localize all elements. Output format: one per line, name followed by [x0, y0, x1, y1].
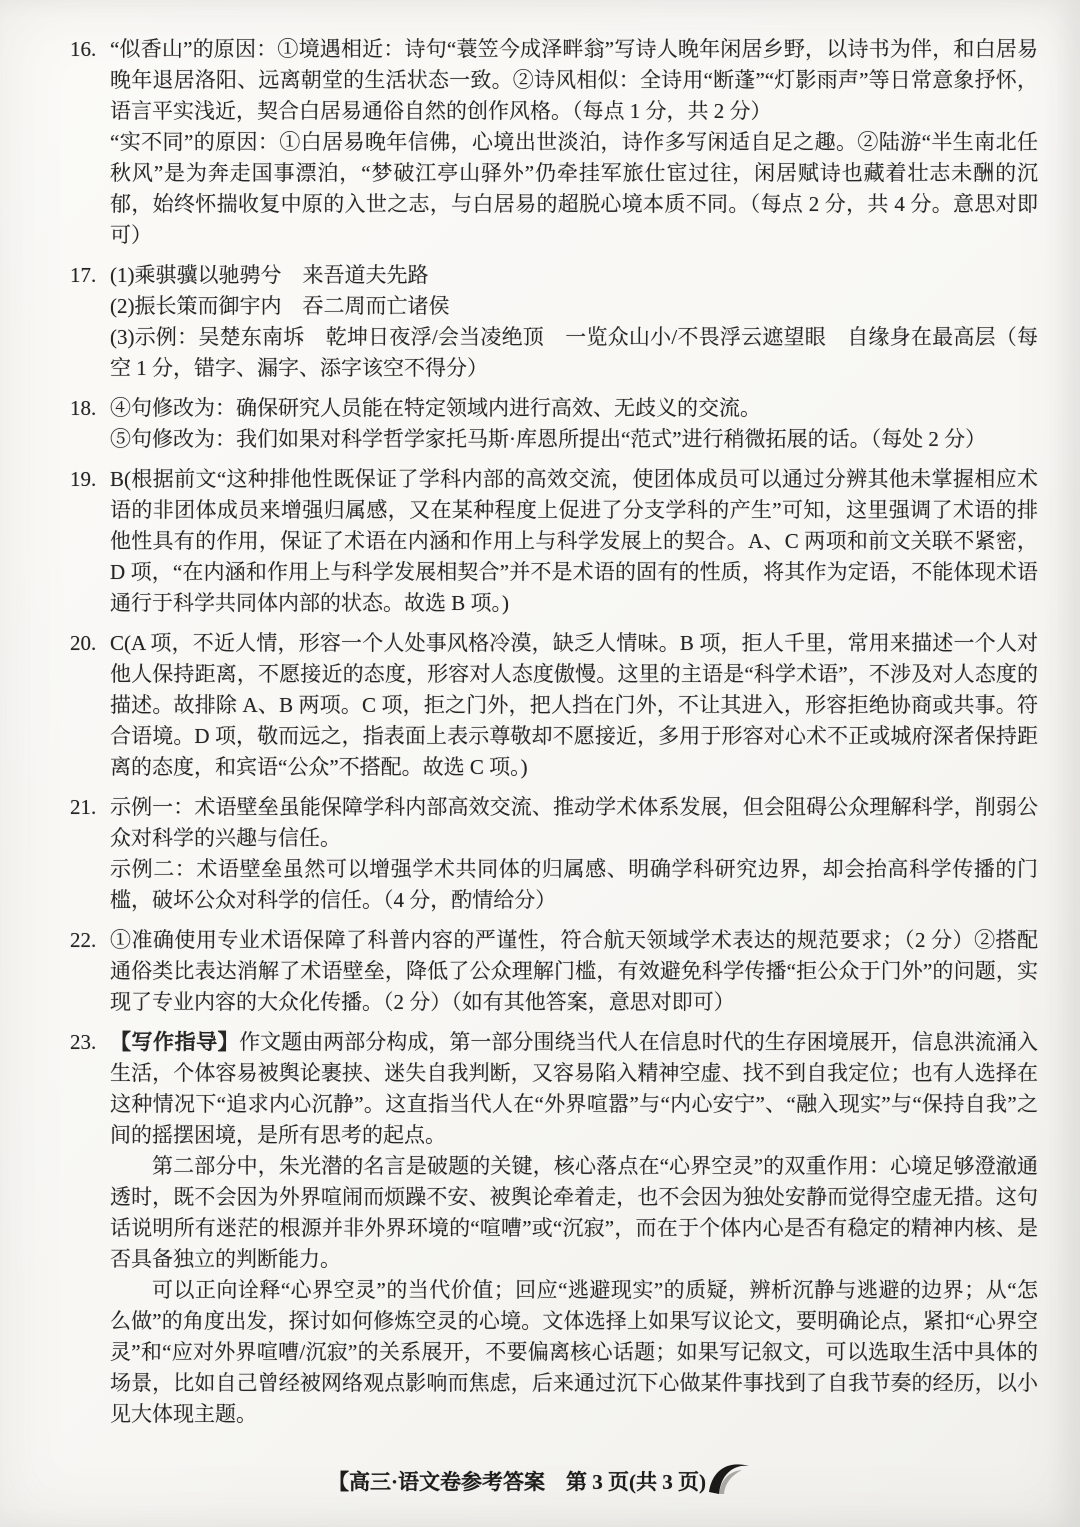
answer-paragraph: “似香山”的原因：①境遇相近：诗句“蓑笠今成泽畔翁”写诗人晚年闲居乡野，以诗书为…	[110, 34, 1038, 127]
answer-paragraph: 示例一：术语壁垒虽能保障学科内部高效交流、推动学术体系发展，但会阻碍公众理解科学…	[110, 792, 1038, 854]
answer-paragraph: 【写作指导】作文题由两部分构成，第一部分围绕当代人在信息时代的生存困境展开，信息…	[110, 1027, 1038, 1151]
answers-content: 16. “似香山”的原因：①境遇相近：诗句“蓑笠今成泽畔翁”写诗人晚年闲居乡野，…	[0, 0, 1080, 1430]
answer-paragraph: B(根据前文“这种排他性既保证了学科内部的高效交流，使团体成员可以通过分辨其他未…	[110, 464, 1038, 619]
answer-paragraph: C(A 项，不近人情，形容一个人处事风格冷漠，缺乏人情味。B 项，拒人千里，常用…	[110, 628, 1038, 783]
answer-item-19: 19. B(根据前文“这种排他性既保证了学科内部的高效交流，使团体成员可以通过分…	[70, 464, 1038, 619]
answer-item-23: 23. 【写作指导】作文题由两部分构成，第一部分围绕当代人在信息时代的生存困境展…	[70, 1027, 1038, 1430]
item-number: 23.	[70, 1027, 110, 1058]
footer-text: 【高三·语文卷参考答案 第 3 页(共 3 页)	[328, 1470, 706, 1494]
page-footer: 【高三·语文卷参考答案 第 3 页(共 3 页)	[0, 1459, 1080, 1501]
item-body: ①准确使用专业术语保障了科普内容的严谨性，符合航天领域学术表达的规范要求；（2 …	[110, 925, 1038, 1018]
answer-paragraph: (3)示例：吴楚东南坼 乾坤日夜浮/会当凌绝顶 一览众山小/不畏浮云遮望眼 自缘…	[110, 322, 1038, 384]
item-number: 18.	[70, 393, 110, 424]
item-body: B(根据前文“这种排他性既保证了学科内部的高效交流，使团体成员可以通过分辨其他未…	[110, 464, 1038, 619]
item-number: 20.	[70, 628, 110, 659]
item-number: 16.	[70, 34, 110, 65]
answer-paragraph: “实不同”的原因：①白居易晚年信佛，心境出世淡泊，诗作多写闲适自足之趣。②陆游“…	[110, 127, 1038, 251]
item-body: ④句修改为：确保研究人员能在特定领域内进行高效、无歧义的交流。 ⑤句修改为：我们…	[110, 393, 1038, 455]
answer-key-page: 16. “似香山”的原因：①境遇相近：诗句“蓑笠今成泽畔翁”写诗人晚年闲居乡野，…	[0, 0, 1080, 1527]
item-body: “似香山”的原因：①境遇相近：诗句“蓑笠今成泽畔翁”写诗人晚年闲居乡野，以诗书为…	[110, 34, 1038, 251]
answer-paragraph: 第二部分中，朱光潜的名言是破题的关键，核心落点在“心界空灵”的双重作用：心境足够…	[110, 1151, 1038, 1275]
item-number: 19.	[70, 464, 110, 495]
answer-paragraph: (1)乘骐骥以驰骋兮 来吾道夫先路	[110, 260, 1038, 291]
answer-paragraph: ⑤句修改为：我们如果对科学哲学家托马斯·库恩所提出“范式”进行稍微拓展的话。（每…	[110, 424, 1038, 455]
item-body: 【写作指导】作文题由两部分构成，第一部分围绕当代人在信息时代的生存困境展开，信息…	[110, 1027, 1038, 1430]
item-body: 示例一：术语壁垒虽能保障学科内部高效交流、推动学术体系发展，但会阻碍公众理解科学…	[110, 792, 1038, 916]
item-body: (1)乘骐骥以驰骋兮 来吾道夫先路 (2)振长策而御宇内 吞二周而亡诸侯 (3)…	[110, 260, 1038, 384]
answer-item-17: 17. (1)乘骐骥以驰骋兮 来吾道夫先路 (2)振长策而御宇内 吞二周而亡诸侯…	[70, 260, 1038, 384]
item-number: 22.	[70, 925, 110, 956]
answer-item-18: 18. ④句修改为：确保研究人员能在特定领域内进行高效、无歧义的交流。 ⑤句修改…	[70, 393, 1038, 455]
item-number: 21.	[70, 792, 110, 823]
item-number: 17.	[70, 260, 110, 291]
answer-item-16: 16. “似香山”的原因：①境遇相近：诗句“蓑笠今成泽畔翁”写诗人晚年闲居乡野，…	[70, 34, 1038, 251]
answer-item-22: 22. ①准确使用专业术语保障了科普内容的严谨性，符合航天领域学术表达的规范要求…	[70, 925, 1038, 1018]
answer-paragraph: ①准确使用专业术语保障了科普内容的严谨性，符合航天领域学术表达的规范要求；（2 …	[110, 925, 1038, 1018]
answer-paragraph: 示例二：术语壁垒虽然可以增强学术共同体的归属感、明确学科研究边界，却会抬高科学传…	[110, 854, 1038, 916]
answer-paragraph: 可以正向诠释“心界空灵”的当代价值；回应“逃避现实”的质疑，辨析沉静与逃避的边界…	[110, 1275, 1038, 1430]
answer-item-20: 20. C(A 项，不近人情，形容一个人处事风格冷漠，缺乏人情味。B 项，拒人千…	[70, 628, 1038, 783]
writing-guide-label: 【写作指导】	[110, 1031, 239, 1054]
answer-item-21: 21. 示例一：术语壁垒虽能保障学科内部高效交流、推动学术体系发展，但会阻碍公众…	[70, 792, 1038, 916]
answer-paragraph-text: 作文题由两部分构成，第一部分围绕当代人在信息时代的生存困境展开，信息洪流涌入生活…	[110, 1030, 1038, 1147]
answer-paragraph: ④句修改为：确保研究人员能在特定领域内进行高效、无歧义的交流。	[110, 393, 1038, 424]
item-body: C(A 项，不近人情，形容一个人处事风格冷漠，缺乏人情味。B 项，拒人千里，常用…	[110, 628, 1038, 783]
page-curl-icon	[708, 1459, 752, 1501]
answer-paragraph: (2)振长策而御宇内 吞二周而亡诸侯	[110, 291, 1038, 322]
